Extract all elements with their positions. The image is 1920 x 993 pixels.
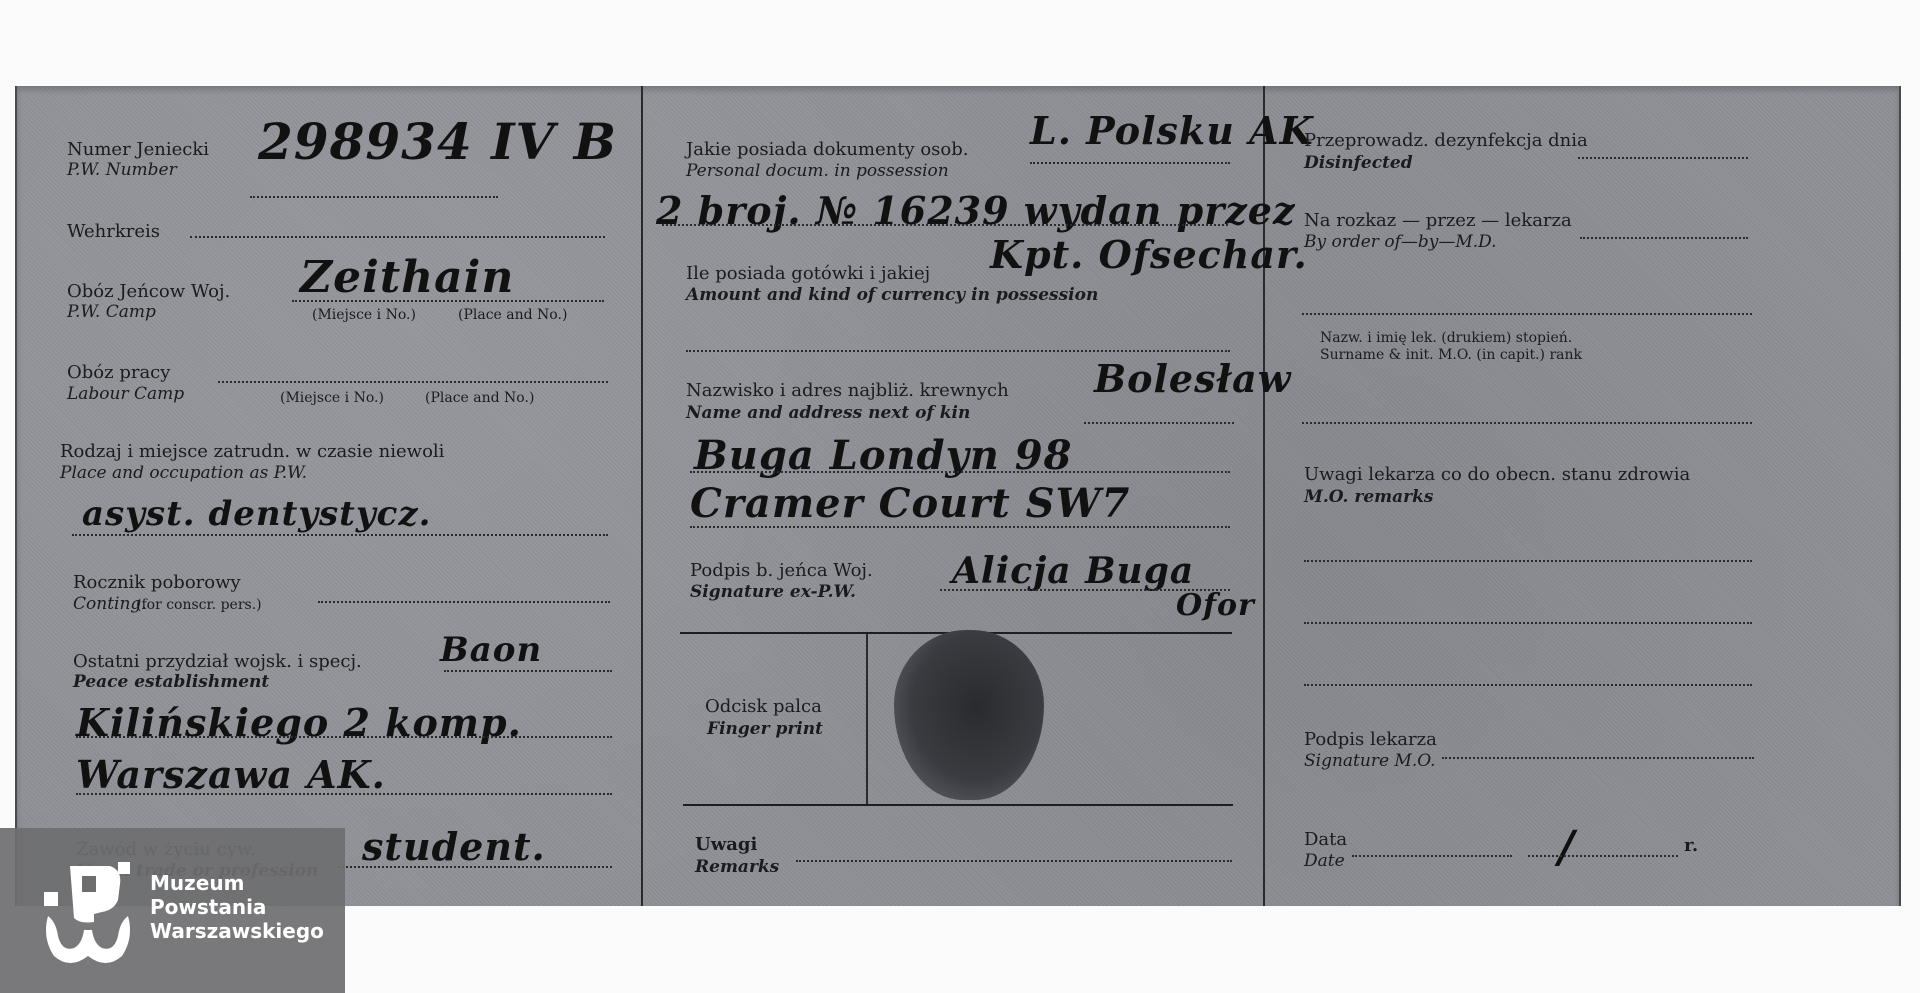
- museum-watermark: Muzeum Powstania Warszawskiego: [0, 828, 345, 993]
- fingerprint-divider: [866, 634, 868, 804]
- wehrkreis-label: Wehrkreis: [67, 222, 160, 242]
- mo-name-line: [1302, 313, 1752, 315]
- fingerprint-bottom-rule: [683, 804, 1233, 806]
- mo-remarks-label-en: M.O. remarks: [1304, 488, 1433, 507]
- disinfected-label-en: Disinfected: [1304, 154, 1413, 173]
- pw-camp-sub-pl: (Miejsce i No.): [312, 307, 416, 323]
- pw-number-label-en: P.W. Number: [67, 161, 177, 180]
- pw-number-label: Numer Jeniecki: [67, 140, 209, 160]
- by-order-label: Na rozkaz — przez — lekarza: [1304, 211, 1572, 231]
- mo-remarks-line-2: [1304, 622, 1752, 624]
- next-of-kin-label-en: Name and address next of kin: [686, 404, 970, 423]
- fingerprint-label: Odcisk palca: [705, 697, 822, 717]
- occupation-pw-label: Rodzaj i miejsce zatrudn. w czasie niewo…: [60, 442, 444, 462]
- next-of-kin-label: Nazwisko i adres najbliż. krewnych: [686, 381, 1009, 401]
- labour-camp-line: [218, 381, 608, 383]
- peace-est-line-3: [76, 793, 612, 795]
- remarks-label: Uwagi: [695, 835, 757, 855]
- labour-camp-sub-en: (Place and No.): [425, 390, 534, 406]
- documents-line-2: [662, 224, 1228, 226]
- date-label: Data: [1304, 830, 1347, 850]
- pw-camp-label: Obóz Jeńcow Woj.: [67, 282, 230, 302]
- mo-name-bottom-line: [1302, 422, 1752, 424]
- mo-signature-label-en: Signature M.O.: [1304, 752, 1436, 771]
- peace-est-line-2: [76, 736, 612, 738]
- remarks-label-en: Remarks: [695, 858, 779, 877]
- pw-number-value: 298934 IV B: [258, 112, 617, 171]
- documents-value-1: L. Polsku AK: [1030, 108, 1314, 153]
- signature-label-en: Signature ex-P.W.: [690, 583, 856, 602]
- peace-est-value-2: Kilińskiego 2 komp.: [76, 700, 522, 745]
- watermark-line-2: Powstania: [150, 896, 266, 919]
- signature-value-2: Ofor: [1176, 588, 1255, 623]
- pw-camp-label-en: P.W. Camp: [67, 303, 156, 322]
- fingerprint-label-en: Finger print: [707, 720, 823, 739]
- peace-est-label-en: Peace establishment: [73, 673, 269, 692]
- conting-sub: (for conscr. pers.): [136, 597, 262, 613]
- occupation-pw-line: [72, 534, 608, 536]
- occupation-pw-value: asyst. dentystycz.: [82, 494, 431, 534]
- mo-remarks-line-3: [1304, 684, 1752, 686]
- pw-camp-line: [292, 300, 604, 302]
- remarks-line: [796, 860, 1232, 862]
- trade-line: [338, 866, 612, 868]
- occupation-pw-label-en: Place and occupation as P.W.: [60, 464, 307, 483]
- documents-value-3: Kpt. Ofsechar.: [990, 232, 1308, 277]
- peace-est-line-1: [444, 670, 612, 672]
- signature-label: Podpis b. jeńca Woj.: [690, 561, 873, 581]
- anchor-symbol-icon: [40, 858, 136, 968]
- signature-value: Alicja Buga: [952, 550, 1194, 592]
- watermark-line-1: Muzeum: [150, 872, 244, 895]
- mo-name-label-en: Surname & init. M.O. (in capit.) rank: [1320, 347, 1582, 363]
- by-order-line: [1580, 237, 1748, 239]
- next-of-kin-value-3: Cramer Court SW7: [690, 480, 1130, 527]
- peace-est-value-1: Baon: [440, 630, 542, 670]
- disinfected-line: [1578, 157, 1748, 159]
- next-of-kin-value-1: Bolesław: [1094, 356, 1291, 401]
- disinfected-label: Przeprowadz. dezynfekcja dnia: [1304, 131, 1588, 151]
- next-of-kin-line-2: [690, 471, 1230, 473]
- date-line-1: [1352, 855, 1512, 857]
- wehrkreis-line: [190, 236, 605, 238]
- column-divider: [641, 86, 643, 906]
- pw-number-line: [250, 196, 498, 198]
- documents-value-2: 2 broj. № 16239 wydan przez: [656, 188, 1296, 233]
- trade-value: student.: [362, 824, 546, 869]
- documents-label: Jakie posiada dokumenty osob.: [686, 140, 969, 160]
- currency-label: Ile posiada gotówki i jakiej: [686, 264, 930, 284]
- currency-label-en: Amount and kind of currency in possessio…: [686, 286, 1098, 305]
- watermark-line-3: Warszawskiego: [150, 920, 324, 943]
- mo-signature-line: [1442, 757, 1754, 759]
- date-slash: /: [1558, 822, 1575, 873]
- mo-name-label: Nazw. i imię lek. (drukiem) stopień.: [1320, 330, 1572, 346]
- conting-label: Rocznik poborowy: [73, 573, 241, 593]
- conting-line: [318, 601, 610, 603]
- next-of-kin-line-1: [1084, 422, 1234, 424]
- documents-line-1: [1030, 162, 1230, 164]
- mo-remarks-line-1: [1304, 560, 1752, 562]
- pw-camp-value: Zeithain: [300, 252, 514, 303]
- labour-camp-label-en: Labour Camp: [67, 385, 184, 404]
- date-label-en: Date: [1304, 852, 1345, 871]
- labour-camp-sub-pl: (Miejsce i No.): [280, 390, 384, 406]
- date-line-2: [1528, 855, 1678, 857]
- currency-line: [686, 350, 1230, 352]
- mo-signature-label: Podpis lekarza: [1304, 730, 1437, 750]
- labour-camp-label: Obóz pracy: [67, 363, 170, 383]
- next-of-kin-line-3: [690, 526, 1230, 528]
- date-suffix: r.: [1684, 836, 1698, 856]
- peace-est-label: Ostatni przydział wojsk. i specj.: [73, 652, 362, 672]
- mo-remarks-label: Uwagi lekarza co do obecn. stanu zdrowia: [1304, 465, 1690, 485]
- pw-camp-sub-en: (Place and No.): [458, 307, 567, 323]
- by-order-label-en: By order of—by—M.D.: [1304, 233, 1497, 252]
- peace-est-value-3: Warszawa AK.: [76, 752, 386, 797]
- fingerprint-mark: [894, 630, 1044, 800]
- documents-label-en: Personal docum. in possession: [686, 162, 949, 181]
